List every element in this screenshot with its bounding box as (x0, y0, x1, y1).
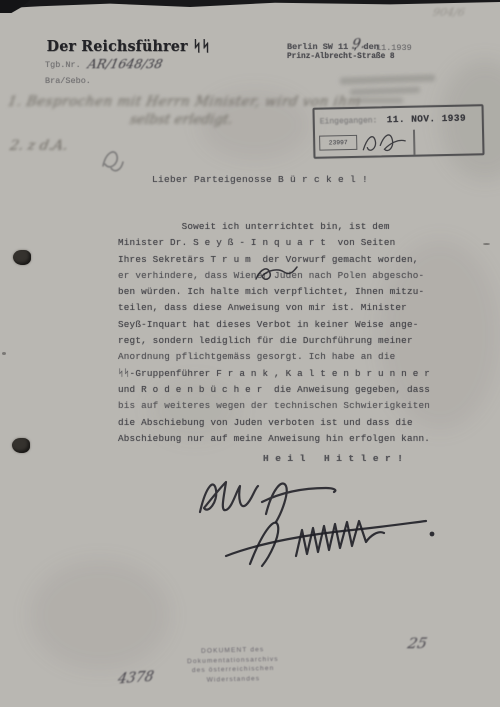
receipt-stamp: Eingegangen: 11. NOV. 1939 23997 (312, 104, 484, 159)
himmler-signature (192, 468, 447, 576)
receipt-stamp-date: 11. NOV. 1939 (387, 113, 467, 126)
body-line: ben würden. Ich halte mich verpflichtet,… (118, 284, 428, 300)
letter-body: Soweit ich unterrichtet bin, ist demMini… (118, 219, 428, 447)
office-initials: Bra/Sebo. (45, 76, 91, 86)
body-line: Seyß-Inquart hat dieses Verbot in keiner… (118, 317, 428, 333)
body-line: Abschiebung nur auf meine Anweisung hin … (118, 431, 428, 447)
receipt-number-box: 23997 (319, 135, 357, 151)
corner-archive-mark: 904/6 (432, 6, 466, 19)
salutation: Lieber Parteigenosse B ü r c k e l ! (152, 174, 368, 185)
body-line: regt, sondern lediglich für die Durchfüh… (118, 333, 428, 349)
body-line: teilen, dass diese Anweisung von mir ist… (118, 300, 428, 316)
handwritten-archive-number: 4378 (117, 669, 155, 688)
journal-label: Tgb.Nr. (45, 60, 81, 70)
pencil-page-number: 25 (406, 634, 429, 652)
faint-stamp-smudge (358, 98, 403, 103)
scan-top-edge (0, 0, 500, 9)
scanned-letter-page: 904/6 Der Reichsführer ᛋᛋ Tgb.Nr. AR/164… (0, 0, 500, 707)
punch-hole (12, 438, 30, 453)
body-line: ᛋᛋ-Gruppenführer F r a n k , K a l t e n… (118, 366, 428, 382)
letterhead-sender: Der Reichsführer ᛋᛋ (47, 38, 211, 55)
body-line: Soweit ich unterrichtet bin, ist dem (118, 219, 428, 235)
date-typed: 11.1939 (376, 43, 412, 53)
handwritten-initial-flourish (95, 144, 127, 176)
paper-stain (30, 560, 170, 670)
receipt-initials-squiggle (359, 128, 412, 156)
handwritten-note-line1: 1. Besprochen mit Herrn Minister, wird v… (7, 94, 363, 110)
faint-stamp-smudge (340, 74, 435, 84)
body-line: Anordnung pflichtgemäss gesorgt. Ich hab… (118, 349, 428, 365)
street-line: Prinz-Albrecht-Straße 8 (287, 53, 395, 61)
handwritten-correction-squiggle (252, 264, 300, 286)
handwritten-note-line3: 2. z d.A. (9, 138, 69, 154)
body-line: Minister Dr. S e y ß - I n q u a r t von… (118, 235, 428, 251)
receipt-stamp-label: Eingegangen: (320, 116, 378, 126)
archive-stamp: DOKUMENT desDokumentationsarchivsdes öst… (168, 644, 299, 685)
archive-stamp-line: Widerstandes (168, 673, 298, 686)
ink-speck (2, 352, 6, 355)
body-line: die Abschiebung von Juden verboten ist u… (118, 415, 428, 431)
ink-speck (483, 243, 490, 245)
date-day-handwritten: 9. (351, 35, 366, 53)
closing-line: H e i l H i t l e r ! (263, 453, 403, 464)
journal-number-handwritten: AR/1648/38 (86, 56, 164, 71)
body-line: bis auf weiteres wegen der technischen S… (118, 398, 428, 414)
punch-hole (13, 250, 31, 265)
receipt-number: 23997 (329, 139, 348, 146)
handwritten-note-line2: selbst erledigt. (129, 112, 234, 128)
body-line: und R o d e n b ü c h e r die Anweisung … (118, 382, 428, 398)
stamp-divider (413, 130, 415, 155)
